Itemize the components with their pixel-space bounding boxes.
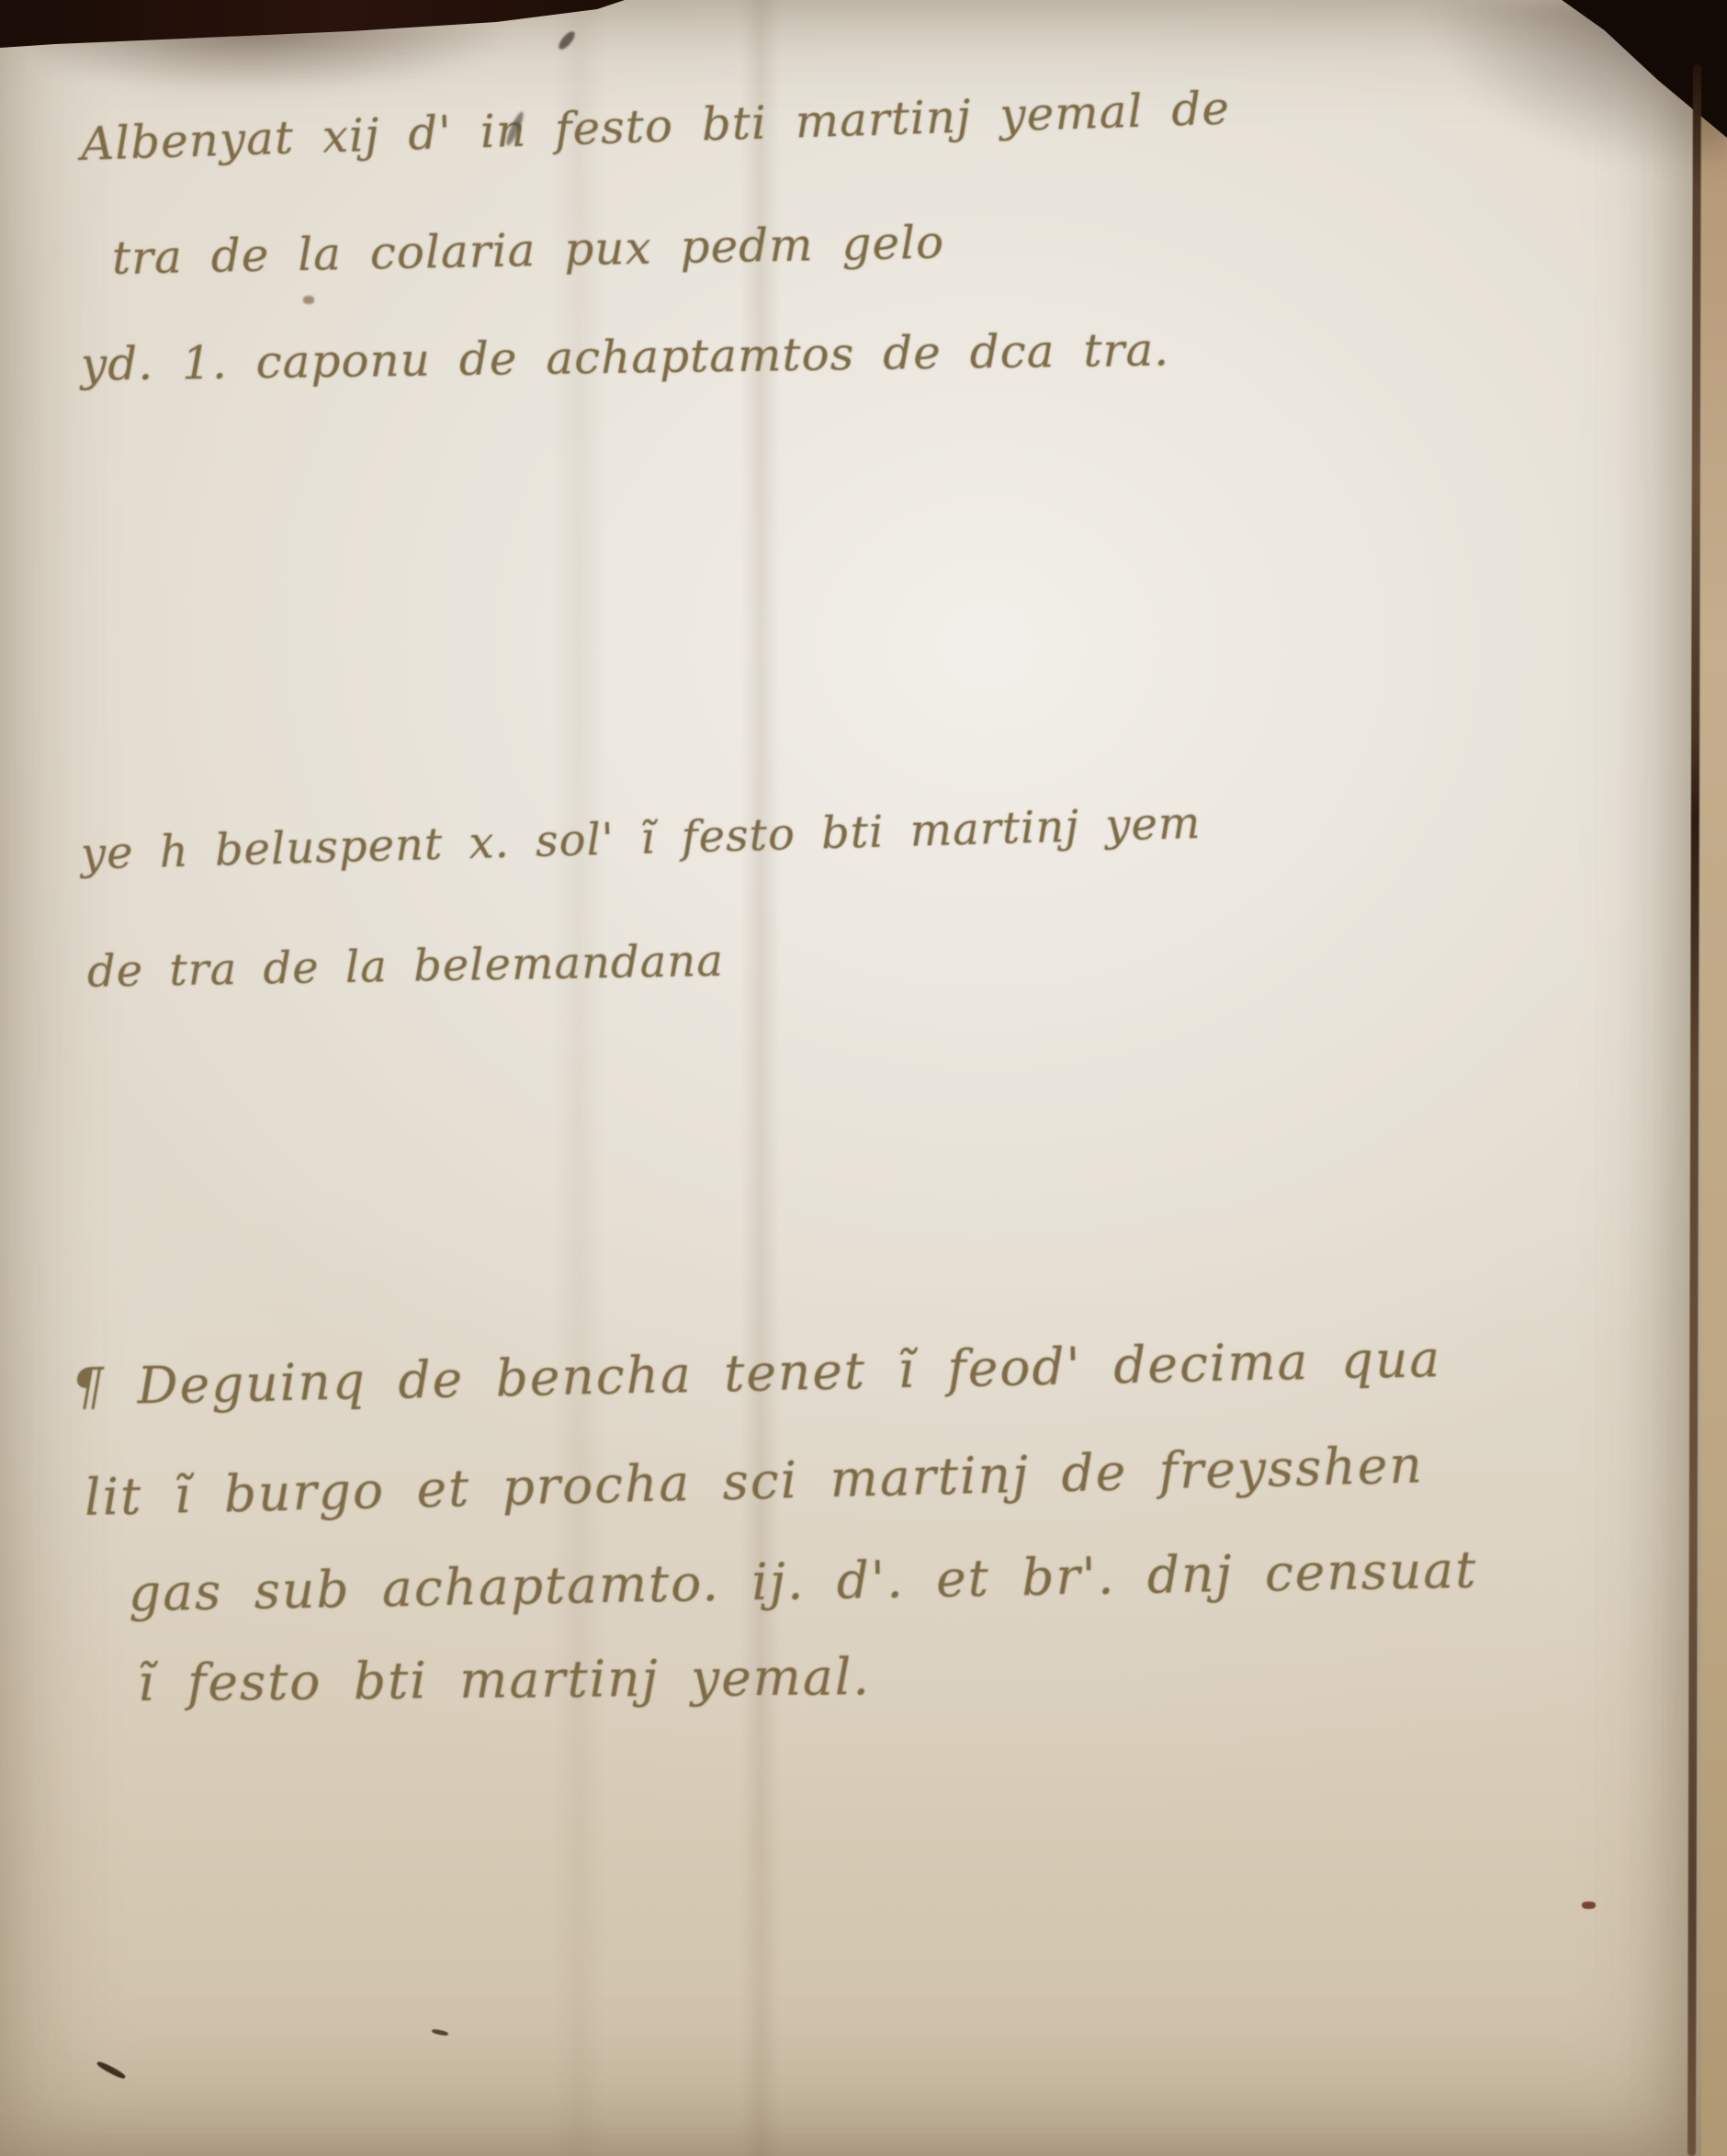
ink-speck — [1582, 1902, 1596, 1909]
manuscript-photo: Albenyat xij d' in festo bti martinj yem… — [0, 0, 1727, 2156]
manuscript-line: ĩ festo bti martinj yemal. — [138, 1647, 871, 1712]
manuscript-page — [0, 0, 1701, 2156]
ink-speck — [303, 296, 314, 304]
